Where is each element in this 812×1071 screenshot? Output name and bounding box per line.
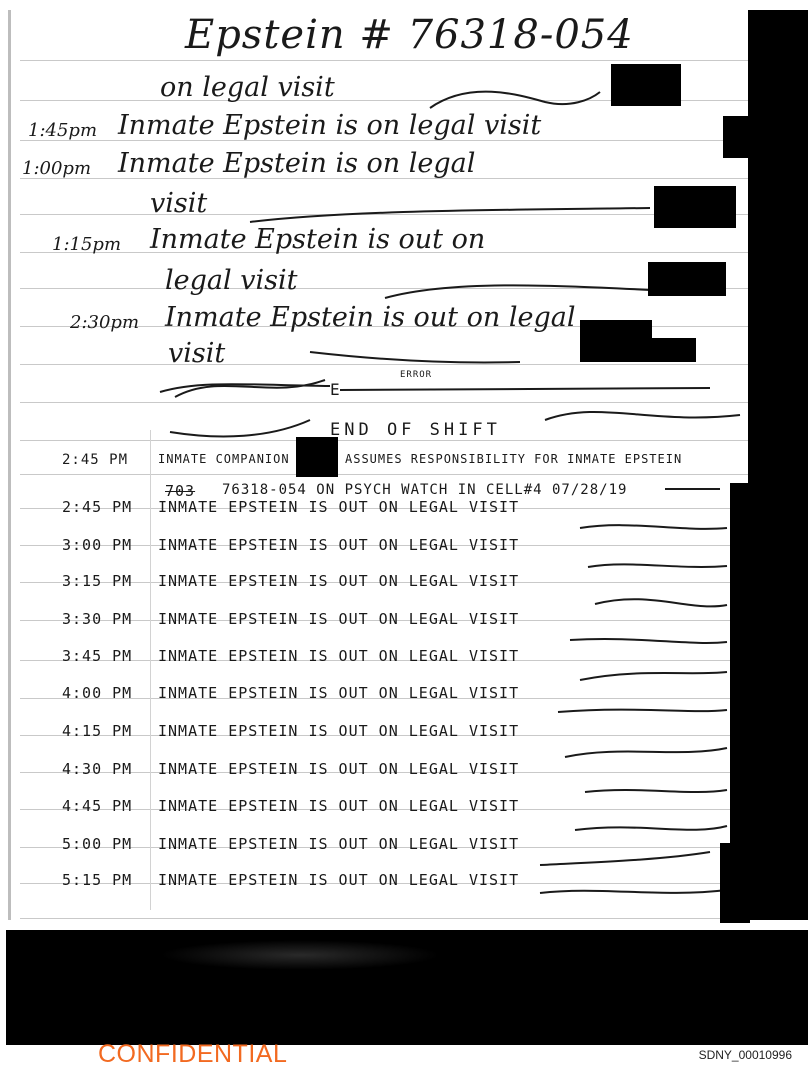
redaction-box	[580, 338, 696, 362]
redaction-box	[580, 320, 652, 340]
redaction-box	[720, 843, 750, 923]
scan-noise	[160, 940, 440, 970]
entry-time: 2:45 PM	[62, 498, 132, 516]
error-initial: E	[330, 380, 341, 399]
entry-time: 4:00 PM	[62, 684, 132, 702]
entry-time: 5:00 PM	[62, 835, 132, 853]
entry-time: 4:30 PM	[62, 760, 132, 778]
entry-time: 3:30 PM	[62, 610, 132, 628]
entry-time: 3:45 PM	[62, 647, 132, 665]
bates-number: SDNY_00010996	[699, 1048, 792, 1062]
entry-time: 3:15 PM	[62, 572, 132, 590]
confidential-stamp: CONFIDENTIAL	[98, 1040, 287, 1069]
redaction-box	[648, 262, 726, 296]
entry-time: 3:00 PM	[62, 536, 132, 554]
redaction-box	[296, 437, 338, 477]
error-label: ERROR	[400, 370, 432, 380]
redaction-box	[654, 186, 736, 228]
entry-text: INMATE EPSTEIN IS OUT ON LEGAL VISIT	[158, 722, 519, 740]
redaction-box	[723, 116, 763, 158]
handover-text-1: INMATE COMPANION	[158, 452, 290, 466]
entry-time: 5:15 PM	[62, 871, 132, 889]
entry-time: 4:45 PM	[62, 797, 132, 815]
entry-text: INMATE EPSTEIN IS OUT ON LEGAL VISIT	[158, 871, 519, 889]
handover-text-2: ASSUMES RESPONSIBILITY FOR INMATE EPSTEI…	[345, 452, 682, 466]
entry-text: INMATE EPSTEIN IS OUT ON LEGAL VISIT	[158, 684, 519, 702]
end-of-shift: END OF SHIFT	[330, 420, 501, 440]
handover-text-3: 76318-054 ON PSYCH WATCH IN CELL#4 07/28…	[222, 482, 627, 498]
entry-text: INMATE EPSTEIN IS OUT ON LEGAL VISIT	[158, 536, 519, 554]
entry-time: 4:15 PM	[62, 722, 132, 740]
entry-text: INMATE EPSTEIN IS OUT ON LEGAL VISIT	[158, 610, 519, 628]
entry-text: INMATE EPSTEIN IS OUT ON LEGAL VISIT	[158, 760, 519, 778]
entry-text: INMATE EPSTEIN IS OUT ON LEGAL VISIT	[158, 498, 519, 516]
entry-text: INMATE EPSTEIN IS OUT ON LEGAL VISIT	[158, 572, 519, 590]
entry-text: INMATE EPSTEIN IS OUT ON LEGAL VISIT	[158, 647, 519, 665]
handover-time: 2:45 PM	[62, 452, 128, 468]
entry-text: INMATE EPSTEIN IS OUT ON LEGAL VISIT	[158, 797, 519, 815]
entry-text: INMATE EPSTEIN IS OUT ON LEGAL VISIT	[158, 835, 519, 853]
redaction-box	[611, 64, 681, 106]
